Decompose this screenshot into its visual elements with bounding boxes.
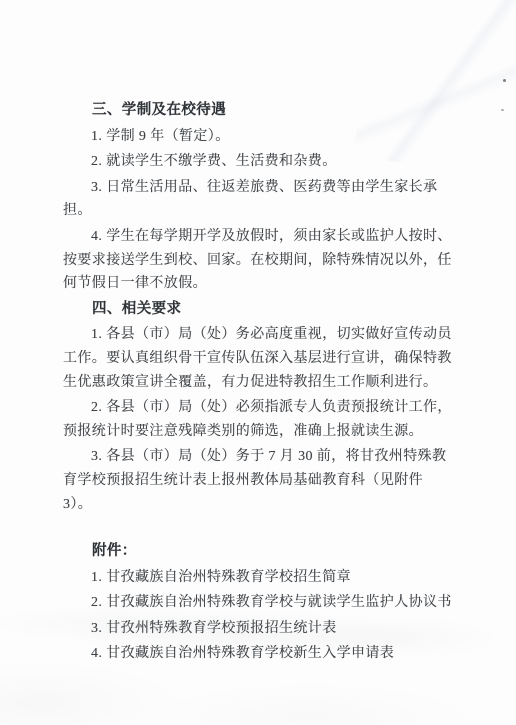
section-4-item-3: 3. 各县（市）局（处）务于 7 月 30 前，将甘孜州特殊教育学校预报招生统计… bbox=[63, 445, 456, 516]
scanned-document-page: 三、学制及在校待遇 1. 学制 9 年（暂定）。 2. 就读学生不缴学费、生活费… bbox=[0, 0, 516, 725]
section-4-item-1: 1. 各县（市）局（处）务必高度重视，切实做好宣传动员工作。要认真组织骨干宣传队… bbox=[63, 323, 456, 394]
attachments-label: 附件： bbox=[63, 540, 456, 564]
attachment-item-4: 4. 甘孜藏族自治州特殊教育学校新生入学申请表 bbox=[63, 642, 456, 666]
attachment-item-2: 2. 甘孜藏族自治州特殊教育学校与就读学生监护人协议书 bbox=[63, 591, 456, 615]
section-3-item-3: 3. 日常生活用品、往返差旅费、医药费等由学生家长承担。 bbox=[63, 176, 456, 223]
section-3-heading: 三、学制及在校待遇 bbox=[63, 99, 456, 123]
attachment-item-1: 1. 甘孜藏族自治州特殊教育学校招生简章 bbox=[63, 566, 456, 590]
section-3-item-2: 2. 就读学生不缴学费、生活费和杂费。 bbox=[63, 150, 456, 174]
attachments-block: 附件： 1. 甘孜藏族自治州特殊教育学校招生简章 2. 甘孜藏族自治州特殊教育学… bbox=[63, 540, 456, 666]
attachment-item-3: 3. 甘孜州特殊教育学校预报招生统计表 bbox=[63, 617, 456, 641]
section-3-item-4: 4. 学生在每学期开学及放假时，须由家长或监护人按时、按要求接送学生到校、回家。… bbox=[63, 225, 456, 296]
section-4-item-2: 2. 各县（市）局（处）必须指派专人负责预报统计工作，预报统计时要注意残障类别的… bbox=[63, 396, 456, 443]
section-4-heading: 四、相关要求 bbox=[63, 298, 456, 322]
document-body: 三、学制及在校待遇 1. 学制 9 年（暂定）。 2. 就读学生不缴学费、生活费… bbox=[0, 0, 516, 668]
section-3-item-1: 1. 学制 9 年（暂定）。 bbox=[63, 125, 456, 149]
